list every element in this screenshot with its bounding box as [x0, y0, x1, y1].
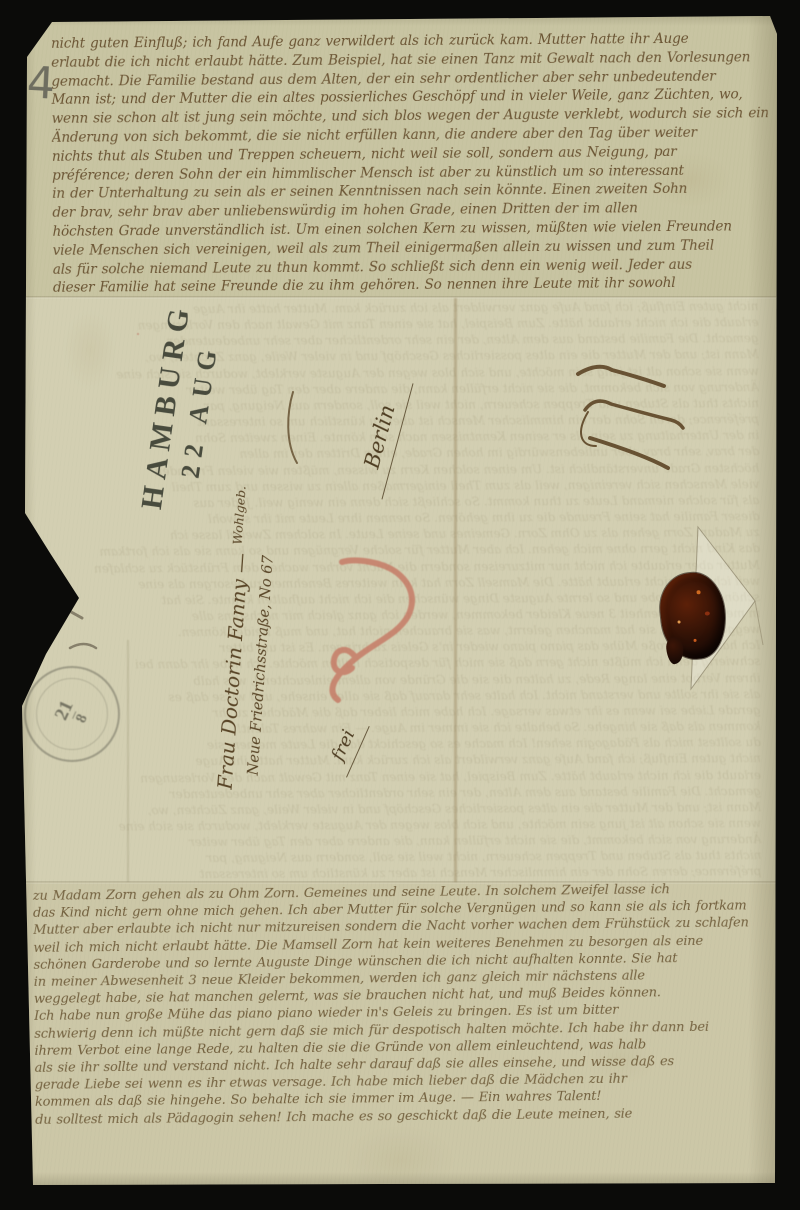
ghost-line: gemacht. Die Familie bestand aus dem Alt…: [31, 783, 761, 803]
fold-crease-vertical-left: [127, 640, 129, 882]
ghost-line: Mutter aber erlaubte ich nicht nur mitzu…: [30, 557, 760, 577]
letter-paper: nicht guten Einfluß; ich fand Aufe ganz …: [0, 0, 800, 1210]
ghost-line: nicht guten Einfluß; ich fand Aufe ganz …: [31, 750, 761, 770]
ghost-line: gerade Liebe sei wenn es ihr etwas versa…: [31, 702, 761, 722]
ghost-line: nichts thut als Stuben und Treppen scheu…: [31, 847, 761, 867]
ghost-line: Mann ist; und der Mutter die ein altes p…: [29, 347, 759, 367]
red-crayon-mark: [332, 560, 412, 700]
ghost-line: gemacht. Die Familie bestand aus dem Alt…: [29, 330, 759, 350]
ghost-line: zu Madam Zorn gehen als zu Ohm Zorn. Gem…: [30, 524, 760, 544]
ghost-line: schwierig denn ich müßte nicht gern daß …: [30, 654, 760, 674]
ghost-line: wenn sie schon alt ist jung sein möchte,…: [31, 815, 761, 835]
letter-scan: nicht guten Einfluß; ich fand Aufe ganz …: [0, 0, 800, 1210]
paper-edge-shadow-top: [0, 14, 800, 26]
paper-edge-shadow-bottom: [0, 1172, 800, 1186]
seal-glint: [696, 590, 700, 594]
ghost-line: als sie ihr sollte und verstand nicht. I…: [31, 686, 761, 706]
seal-glint: [693, 639, 696, 642]
address-honorific: Wohlgeb.: [230, 485, 249, 545]
ghost-line: schönen Garderobe und so lernte Auguste …: [30, 589, 760, 609]
top-text-block: nicht guten Einfluß; ich fand Aufe ganz …: [51, 29, 769, 298]
postmark-day: 21: [51, 698, 76, 723]
ghost-line: préférence; deren Sohn der ein himmlisch…: [31, 864, 761, 882]
ghost-line: Änderung von sich bekommt, die sie nicht…: [31, 831, 761, 851]
fold-crease-vertical: [454, 298, 457, 882]
bottom-text-block: zu Madam Zorn gehen als zu Ohm Zorn. Gem…: [33, 880, 775, 1129]
postmark-date: 21 8: [11, 653, 133, 775]
destination-city: Berlin: [352, 376, 413, 500]
ghost-line: Mann ist; und der Mutter die ein altes p…: [31, 799, 761, 819]
ghost-line: du solltest mich als Pädagogin sehen! Ic…: [31, 734, 761, 754]
wax-seal-drip: [665, 636, 685, 665]
wax-seal: [657, 570, 730, 662]
ink-smudges: [64, 608, 96, 648]
franking-note: frei: [322, 715, 369, 777]
ghost-line: in meiner Abwesenheit 3 neue Kleider bek…: [30, 605, 760, 625]
ghost-line: erlaubt die ich nicht erlaubt hätte. Zum…: [29, 314, 759, 334]
page-number-ink: 4: [29, 21, 42, 43]
arrival-postmark: 21 8: [24, 666, 120, 762]
ghost-line: weggelegt habe, sie hat manchen gelernt,…: [30, 621, 760, 641]
postmark-month: 8: [72, 711, 91, 725]
seal-glint: [677, 620, 680, 623]
ghost-line: das Kind nicht gern ohne mich gehen. Ich…: [30, 540, 760, 560]
ghost-line: Ich habe nun große Mühe das piano piano …: [30, 637, 760, 657]
ghost-line: weil ich mich nicht erlaubt hätte. Die M…: [30, 573, 760, 593]
ghost-line: ihrem Verbot eine lange Rede, zu halten …: [30, 670, 760, 690]
seal-glint: [705, 611, 710, 616]
ghost-line: nicht guten Einfluß; ich fand Aufe ganz …: [28, 298, 758, 318]
ghost-line: erlaubt die ich nicht erlaubt hätte. Zum…: [31, 767, 761, 787]
postal-paraph: [578, 367, 683, 468]
ghost-line: kommen als daß sie hingehe. So behalte i…: [31, 718, 761, 738]
